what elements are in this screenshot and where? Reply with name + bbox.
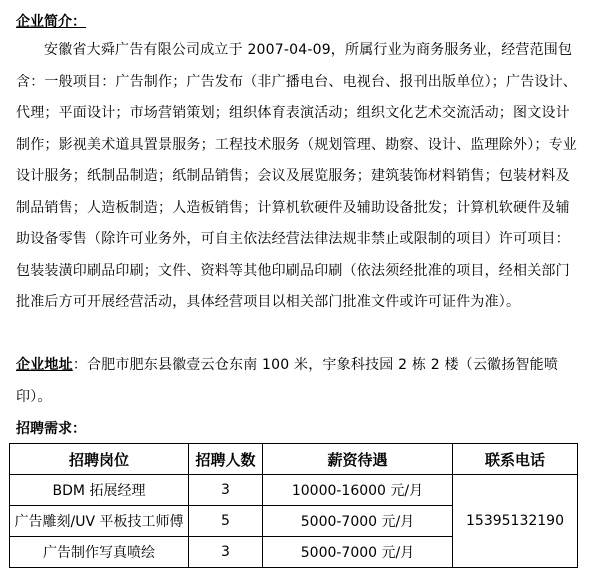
salary-cell: 5000-7000 元/月 — [263, 506, 453, 537]
table-row: BDM 拓展经理 3 10000-16000 元/月 15395132190 — [10, 475, 578, 506]
phone-cell: 15395132190 — [453, 475, 578, 568]
intro-heading: 企业简介： — [16, 11, 86, 31]
count-cell: 5 — [189, 506, 263, 537]
header-count: 招聘人数 — [189, 444, 263, 475]
header-phone: 联系电话 — [453, 444, 578, 475]
count-cell: 3 — [189, 475, 263, 506]
count-cell: 3 — [189, 537, 263, 568]
table-header-row: 招聘岗位 招聘人数 薪资待遇 联系电话 — [10, 444, 578, 475]
recruit-table: 招聘岗位 招聘人数 薪资待遇 联系电话 BDM 拓展经理 3 10000-160… — [9, 443, 578, 568]
address-heading: 企业地址 — [16, 357, 73, 373]
recruit-heading: 招聘需求： — [16, 418, 86, 438]
header-position: 招聘岗位 — [10, 444, 189, 475]
position-cell: BDM 拓展经理 — [10, 475, 189, 506]
address-body: ：合肥市肥东县徽壹云仓东南 100 米，宇象科技园 2 栋 2 楼（云徽扬智能喷… — [16, 357, 558, 405]
position-cell: 广告雕刻/UV 平板技工师傅 — [10, 506, 189, 537]
address-block: 企业地址：合肥市肥东县徽壹云仓东南 100 米，宇象科技园 2 栋 2 楼（云徽… — [16, 350, 578, 413]
header-salary: 薪资待遇 — [263, 444, 453, 475]
position-cell: 广告制作写真喷绘 — [10, 537, 189, 568]
intro-body: 安徽省大舜广告有限公司成立于 2007-04-09，所属行业为商务服务业，经营范… — [16, 35, 578, 319]
salary-cell: 5000-7000 元/月 — [263, 537, 453, 568]
salary-cell: 10000-16000 元/月 — [263, 475, 453, 506]
